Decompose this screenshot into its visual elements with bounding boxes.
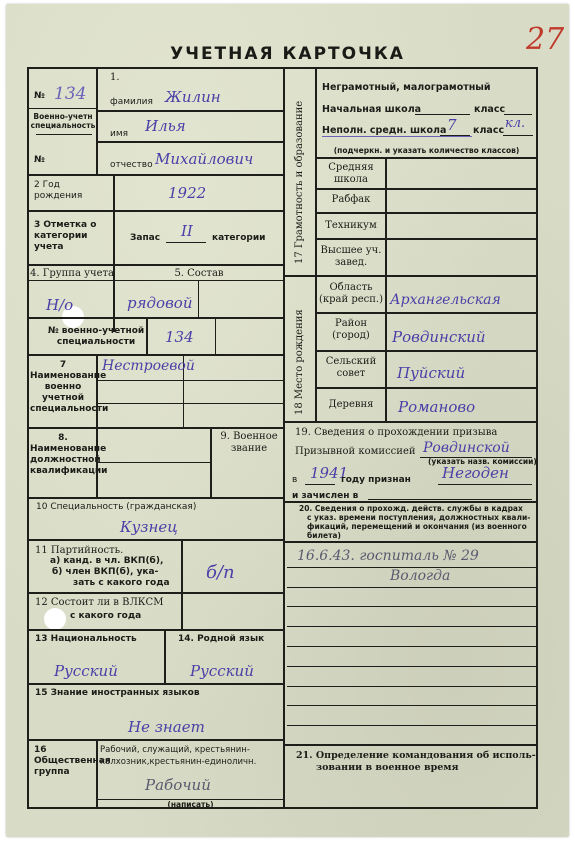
edu-row-rabfak: Рабфак bbox=[317, 194, 385, 206]
grid-line bbox=[113, 174, 115, 332]
grid-line bbox=[210, 428, 212, 498]
wartime-usage-line1: 21. Определение командования об исполь- bbox=[296, 750, 536, 762]
reserve-label: Запас bbox=[130, 233, 160, 244]
service-entry-line2: Вологда bbox=[390, 568, 450, 584]
grid-line bbox=[29, 354, 283, 356]
grid-line bbox=[29, 317, 283, 319]
edu-row-technikum: Техникум bbox=[317, 220, 385, 232]
ruled-line bbox=[287, 725, 536, 726]
education-vertical-label: 17 Грамотность и образование bbox=[294, 101, 305, 264]
grid-line bbox=[198, 281, 199, 317]
fitness-status-value: Негоден bbox=[442, 464, 509, 482]
conscription-title: 19. Сведения о прохождении призыва bbox=[295, 427, 497, 439]
commission-value: Ровдинской bbox=[423, 440, 510, 456]
patronymic-value: Михайлович bbox=[155, 150, 253, 168]
illiterate-option: Неграмотный, малограмотный bbox=[322, 82, 491, 93]
grid-line bbox=[98, 403, 283, 404]
service-entry-line1: 16.6.43. госпиталь № 29 bbox=[297, 548, 479, 564]
nationality-label: 13 Национальность bbox=[35, 634, 137, 645]
social-group-value: Рабочий bbox=[145, 776, 211, 794]
commission-label: Призывной комиссией bbox=[295, 446, 416, 458]
mil-spec-number-value: 134 bbox=[165, 328, 194, 346]
grid-line bbox=[317, 238, 536, 240]
surname-label: фамилия bbox=[110, 97, 153, 108]
category-mark-label: 3 Отметка о категории учета bbox=[34, 220, 108, 253]
group-label: 4. Группа учета bbox=[30, 268, 114, 280]
grid-line bbox=[29, 174, 283, 176]
social-group-hint: (написать) bbox=[98, 800, 283, 809]
grid-line bbox=[96, 740, 98, 808]
grid-line bbox=[29, 427, 283, 429]
grid-line bbox=[317, 387, 536, 389]
birth-region-label: Область (край респ.) bbox=[317, 282, 385, 306]
ruled-line bbox=[287, 626, 536, 627]
incomplete-school-label: Неполн. средн. школа bbox=[322, 125, 446, 136]
grid-line bbox=[29, 629, 283, 631]
education-hint: (подчеркн. и указать количество классов) bbox=[317, 146, 536, 155]
grid-line bbox=[29, 210, 283, 212]
grid-line bbox=[98, 380, 283, 381]
name-label: имя bbox=[110, 129, 128, 140]
birth-village-label: Деревня bbox=[317, 399, 385, 411]
rank-label: 9. Военное звание bbox=[215, 431, 283, 455]
mil-spec-number-label: № военно-учетной специальности bbox=[44, 326, 148, 348]
service-info-line2: с указ. времени поступления, должностных… bbox=[307, 513, 530, 522]
native-language-value: Русский bbox=[190, 662, 254, 680]
page-number: 27 bbox=[526, 22, 564, 57]
number-label: № bbox=[34, 91, 45, 102]
edu-row-higher: Высшее уч. завед. bbox=[317, 245, 385, 269]
grid-line bbox=[36, 134, 92, 135]
service-info-line4: билета) bbox=[307, 531, 341, 540]
ruled-line bbox=[287, 606, 536, 607]
grid-line bbox=[29, 280, 283, 281]
grid-line bbox=[317, 350, 536, 352]
primary-school-label: Начальная школа bbox=[322, 104, 421, 115]
ruled-line bbox=[287, 587, 536, 588]
patronymic-label: отчество bbox=[110, 160, 153, 171]
grid-line bbox=[98, 110, 283, 112]
grid-line bbox=[29, 739, 283, 741]
frame-left bbox=[27, 67, 29, 809]
grid-line bbox=[164, 630, 166, 684]
grid-line bbox=[29, 108, 96, 109]
composition-label: 5. Состав bbox=[115, 268, 283, 280]
birth-year-value: 1922 bbox=[168, 184, 206, 202]
grid-line bbox=[285, 541, 536, 543]
birth-district-label: Район (город) bbox=[317, 318, 385, 342]
grid-line bbox=[96, 67, 98, 175]
party-year: зать с какого года bbox=[73, 578, 170, 589]
mil-spec-name-value: Нестроевой bbox=[102, 358, 195, 374]
grid-line bbox=[181, 540, 183, 630]
birth-council-value: Пуйский bbox=[397, 364, 465, 382]
grid-line bbox=[98, 141, 283, 143]
grid-line bbox=[385, 158, 387, 422]
underline bbox=[438, 484, 532, 485]
mil-specialty-label: Военно-учетн специальность bbox=[30, 112, 96, 130]
grid-line bbox=[29, 539, 283, 541]
underline bbox=[305, 484, 335, 485]
native-language-label: 14. Родной язык bbox=[178, 634, 264, 645]
underline bbox=[503, 135, 533, 136]
social-group-options-2: колхозник,крестьянин-единоличн. bbox=[100, 757, 256, 768]
underline bbox=[504, 114, 532, 115]
birth-region-value: Архангельская bbox=[390, 292, 501, 308]
grid-line bbox=[215, 317, 216, 355]
grid-line bbox=[29, 497, 283, 499]
party-value: б/п bbox=[206, 562, 235, 583]
incomplete-class-label: класс bbox=[473, 125, 504, 136]
punch-hole bbox=[44, 608, 66, 630]
grid-line bbox=[317, 157, 536, 159]
grid-line bbox=[285, 744, 536, 746]
civil-specialty-value: Кузнец bbox=[120, 518, 178, 536]
grid-line bbox=[96, 355, 98, 428]
surname-value: Жилин bbox=[165, 88, 221, 106]
reserve-value: II bbox=[181, 222, 193, 240]
card-number-value: 134 bbox=[54, 84, 86, 104]
grid-line bbox=[29, 683, 283, 685]
party-option-b: б) член ВКП(б), ука- bbox=[52, 567, 158, 578]
komsomol-year-label: с какого года bbox=[70, 611, 141, 622]
underline bbox=[368, 499, 532, 500]
name-value: Илья bbox=[145, 117, 186, 135]
incomplete-school-value: 7 bbox=[447, 116, 457, 134]
ruled-line bbox=[287, 705, 536, 706]
social-group-options-1: Рабочий, служащий, крестьянин- bbox=[100, 745, 250, 756]
grid-line bbox=[317, 188, 536, 190]
birthplace-vertical-label: 18 Место рождения bbox=[294, 309, 305, 415]
ruled-line bbox=[287, 686, 536, 687]
birth-district-value: Ровдинский bbox=[392, 328, 486, 346]
grid-line bbox=[317, 212, 536, 214]
birth-village-value: Романово bbox=[398, 398, 475, 416]
composition-value: рядовой bbox=[127, 294, 193, 312]
mil-specialty-no-label: № bbox=[34, 155, 45, 166]
year-suffix: году признан bbox=[341, 475, 411, 486]
frame-right bbox=[536, 67, 538, 809]
ruled-line bbox=[287, 666, 536, 667]
birth-council-label: Сельский совет bbox=[317, 356, 385, 380]
birth-year-label: 2 Год рождения bbox=[34, 180, 100, 202]
grid-line bbox=[98, 462, 210, 463]
grid-line bbox=[285, 501, 536, 503]
item1-label: 1. bbox=[110, 72, 120, 84]
edu-row-secondary: Средняя школа bbox=[317, 162, 385, 186]
service-info-line3: фикаций, перемещений и окончания (из вое… bbox=[307, 522, 527, 531]
foreign-languages-label: 15 Знание иностранных языков bbox=[35, 688, 200, 699]
komsomol-label: 12 Состоит ли в ВЛКСМ bbox=[35, 597, 163, 609]
service-info-line1: 20. Сведения о прохожд. действ. службы в… bbox=[299, 504, 523, 513]
grid-line bbox=[285, 421, 536, 423]
wartime-usage-line2: зовании в военное время bbox=[316, 762, 459, 774]
mil-spec-name-label: 7 Наименование военно учетной специально… bbox=[30, 360, 96, 415]
document-title: УЧЕТНАЯ КАРТОЧКА bbox=[0, 44, 575, 64]
group-value: Н/о bbox=[46, 296, 73, 314]
handwritten-underline bbox=[322, 136, 472, 137]
underline bbox=[415, 114, 470, 115]
civil-specialty-label: 10 Специальность (гражданская) bbox=[36, 502, 196, 513]
social-group-label: 16 Общественная группа bbox=[34, 745, 94, 778]
underline bbox=[166, 242, 206, 243]
foreign-languages-value: Не знает bbox=[128, 718, 205, 736]
grid-line bbox=[29, 264, 283, 266]
party-option-a: а) канд. в чл. ВКП(б), bbox=[50, 556, 163, 567]
grid-line bbox=[317, 312, 536, 314]
primary-class-label: класс bbox=[474, 104, 505, 115]
year-prefix: в bbox=[292, 475, 297, 486]
underline bbox=[440, 135, 470, 136]
qualification-label: 8. Наименование должностной квалификации bbox=[30, 433, 96, 477]
nationality-value: Русский bbox=[54, 662, 118, 680]
center-divider bbox=[283, 67, 285, 809]
grid-line bbox=[285, 275, 536, 277]
incomplete-class-value: кл. bbox=[505, 116, 525, 131]
grid-line bbox=[29, 592, 283, 594]
ruled-line bbox=[287, 646, 536, 647]
category-label: категории bbox=[212, 233, 265, 244]
